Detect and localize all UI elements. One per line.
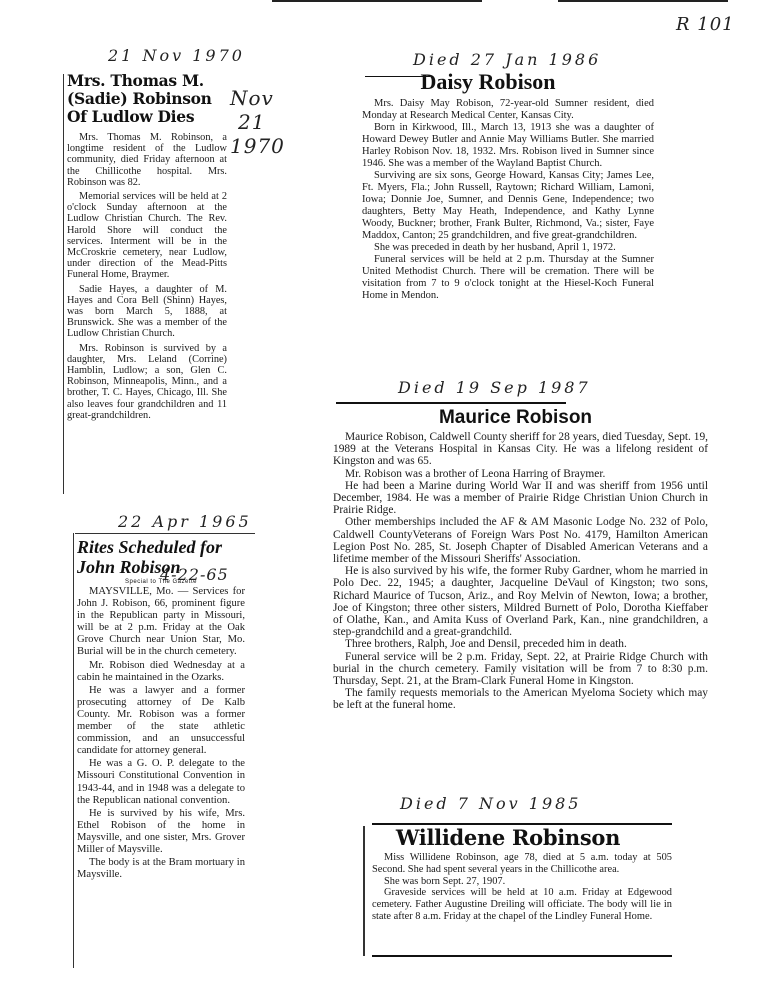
paragraph: Memorial services will be held at 2 o'cl…: [67, 191, 227, 281]
headline: Mrs. Thomas M. (Sadie) Robinson Of Ludlo…: [67, 72, 227, 126]
article-body: MAYSVILLE, Mo. — Services for John J. Ro…: [77, 586, 245, 881]
margin-note-line: 1970: [230, 134, 285, 158]
margin-note-john: 4-22-65: [160, 565, 229, 584]
paragraph: Other memberships included the AF & AM M…: [333, 516, 708, 565]
clipping-sadie-robinson: Mrs. Thomas M. (Sadie) Robinson Of Ludlo…: [67, 72, 227, 424]
handwritten-date-john: 22 Apr 1965: [118, 512, 252, 531]
headline: Willidene Robinson: [372, 826, 672, 850]
handwritten-date-daisy: Died 27 Jan 1986: [413, 50, 601, 69]
clipping-willidene-robinson: Willidene Robinson Miss Willidene Robins…: [372, 826, 672, 923]
paragraph: Surviving are six sons, George Howard, K…: [362, 170, 654, 242]
paragraph: The body is at the Bram mortuary in Mays…: [77, 857, 245, 881]
headline: Daisy Robison: [362, 70, 654, 94]
handwritten-date-willidene: Died 7 Nov 1985: [400, 794, 581, 813]
paragraph: Graveside services will be held at 10 a.…: [372, 887, 672, 922]
paragraph: She was born Sept. 27, 1907.: [372, 876, 672, 888]
paragraph: He is survived by his wife, Mrs. Ethel R…: [77, 808, 245, 856]
paragraph: Funeral services will be held at 2 p.m. …: [362, 254, 654, 302]
paragraph: Mr. Robison died Wednesday at a cabin he…: [77, 660, 245, 684]
paragraph: Mrs. Thomas M. Robinson, a longtime resi…: [67, 132, 227, 188]
margin-note-sadie: Nov 21 1970: [230, 86, 285, 158]
paragraph: Maurice Robison, Caldwell County sheriff…: [333, 431, 708, 468]
paragraph: He was a G. O. P. delegate to the Missou…: [77, 758, 245, 806]
article-body: Miss Willidene Robinson, age 78, died at…: [372, 852, 672, 923]
clipping-maurice-robison: Maurice Robison Maurice Robison, Caldwel…: [333, 405, 708, 712]
paragraph: Born in Kirkwood, Ill., March 13, 1913 s…: [362, 122, 654, 170]
paragraph: Three brothers, Ralph, Joe and Densil, p…: [333, 638, 708, 650]
article-body: Mrs. Daisy May Robison, 72-year-old Sumn…: [362, 98, 654, 302]
paragraph: He is also survived by his wife, the for…: [333, 565, 708, 638]
headline: Maurice Robison: [333, 407, 708, 429]
article-body: Maurice Robison, Caldwell County sheriff…: [333, 431, 708, 712]
scan-edge-bar: [272, 0, 482, 2]
clipping-border: [75, 533, 255, 534]
headline-rule: [336, 402, 566, 404]
clipping-border: [73, 533, 74, 968]
article-body: Mrs. Thomas M. Robinson, a longtime resi…: [67, 132, 227, 421]
clipping-border: [63, 74, 64, 494]
paragraph: Mrs. Daisy May Robison, 72-year-old Sumn…: [362, 98, 654, 122]
paragraph: MAYSVILLE, Mo. — Services for John J. Ro…: [77, 586, 245, 659]
paragraph: She was preceded in death by her husband…: [362, 242, 654, 254]
paragraph: Sadie Hayes, a daughter of M. Hayes and …: [67, 284, 227, 340]
paragraph: Mr. Robison was a brother of Leona Harri…: [333, 468, 708, 480]
bottom-rule: [372, 955, 672, 957]
handwritten-date-sadie: 21 Nov 1970: [108, 46, 245, 65]
paragraph: He was a lawyer and a former prosecuting…: [77, 685, 245, 758]
scan-edge-bar: [558, 0, 728, 2]
paragraph: He had been a Marine during World War II…: [333, 480, 708, 517]
paragraph: Miss Willidene Robinson, age 78, died at…: [372, 852, 672, 876]
handwritten-date-maurice: Died 19 Sep 1987: [398, 378, 591, 397]
page-code: R 101: [676, 14, 735, 35]
paragraph: Mrs. Robinson is survived by a daughter,…: [67, 343, 227, 421]
paragraph: The family requests memorials to the Ame…: [333, 687, 708, 711]
clipping-john-robison: Rites Scheduled for John Robison Special…: [77, 537, 245, 882]
margin-note-line: Nov: [230, 86, 285, 110]
margin-note-line: 21: [230, 110, 285, 134]
clipping-daisy-robison: Daisy Robison Mrs. Daisy May Robison, 72…: [362, 70, 654, 302]
clipping-border: [363, 826, 365, 956]
paragraph: Funeral service will be 2 p.m. Friday, S…: [333, 651, 708, 688]
